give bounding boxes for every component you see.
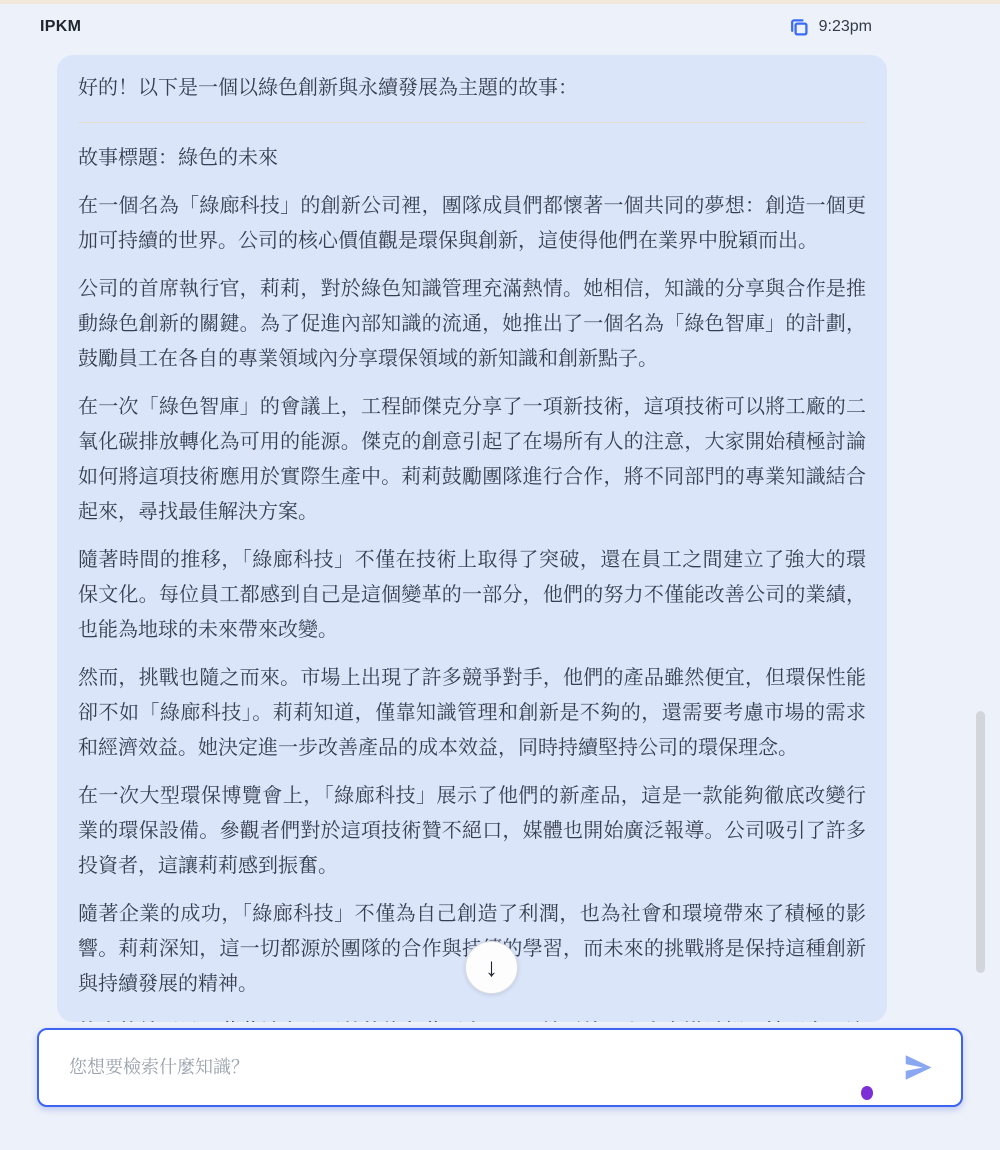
message-input-container xyxy=(37,1028,963,1107)
assistant-message-bubble: 好的！以下是一個以綠色創新與永續發展為主題的故事： 故事標題：綠色的未來 在一個… xyxy=(57,55,887,1022)
app-title: IPKM xyxy=(40,18,81,36)
scroll-to-bottom-button[interactable]: ↓ xyxy=(465,941,518,994)
story-paragraph: 然而，挑戰也隨之而來。市場上出現了許多競爭對手，他們的產品雖然便宜，但環保性能卻… xyxy=(78,661,866,766)
header: IPKM 9:23pm xyxy=(0,10,1000,44)
top-strip xyxy=(0,0,1000,4)
header-right-cluster: 9:23pm xyxy=(789,17,872,37)
message-intro: 好的！以下是一個以綠色創新與永續發展為主題的故事： xyxy=(78,71,866,106)
message-divider xyxy=(78,122,866,123)
timestamp: 9:23pm xyxy=(819,18,872,36)
story-paragraph: 在一個名為「綠廊科技」的創新公司裡，團隊成員們都懷著一個共同的夢想：創造一個更加… xyxy=(78,189,866,259)
story-paragraph: 公司的首席執行官，莉莉，對於綠色知識管理充滿熱情。她相信，知識的分享與合作是推動… xyxy=(78,272,866,377)
copy-icon[interactable] xyxy=(789,17,809,37)
story-paragraph: 在一次「綠色智庫」的會議上，工程師傑克分享了一項新技術，這項技術可以將工廠的二氧… xyxy=(78,390,866,530)
story-paragraph: 在一次大型環保博覽會上，「綠廊科技」展示了他們的新產品，這是一款能夠徹底改變行業… xyxy=(78,779,866,884)
purple-dot-indicator xyxy=(861,1086,873,1100)
story-ending-before: 故事的結尾是，莉莉站在公司外的綠色花園中 xyxy=(78,1021,484,1022)
knowledge-search-input[interactable] xyxy=(39,1030,961,1105)
story-paragraph: 隨著時間的推移，「綠廊科技」不僅在技術上取得了突破，還在員工之間建立了強大的環保… xyxy=(78,543,866,648)
story-ending-paragraph: 故事的結尾是，莉莉站在公司外的綠色花園中地平線，心中充滿希望。她明白，這僅僅是開… xyxy=(78,1015,866,1022)
arrow-down-icon: ↓ xyxy=(485,952,498,983)
story-title: 故事標題：綠色的未來 xyxy=(78,141,866,176)
scrollbar-thumb[interactable] xyxy=(976,711,985,973)
send-icon[interactable] xyxy=(903,1054,933,1081)
